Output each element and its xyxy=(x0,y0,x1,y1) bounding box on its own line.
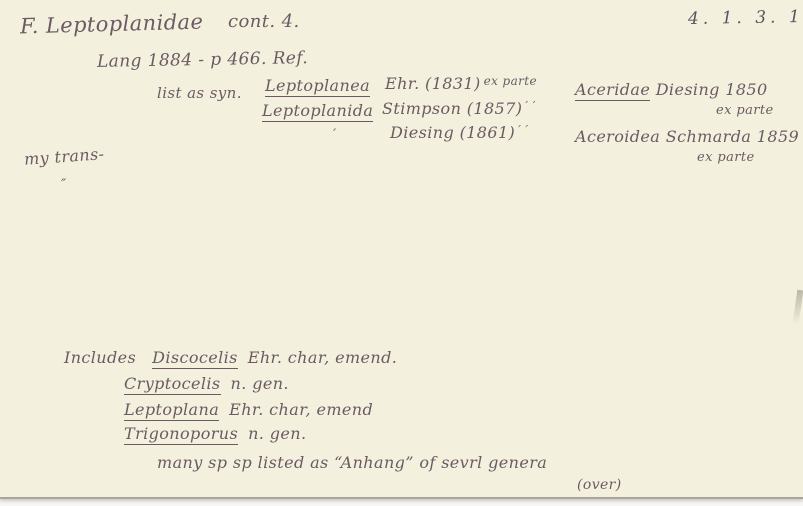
synonym-author: Diesing (1861)′ ′ xyxy=(390,123,529,142)
continuation-note: cont. 4. xyxy=(228,11,300,32)
includes-line: Cryptocelisn. gen. xyxy=(124,374,289,393)
ex-parte-note: ex parte xyxy=(484,74,537,88)
genus-detail: n. gen. xyxy=(248,424,306,443)
synonym-right-row: Aceridae Diesing 1850 xyxy=(575,80,768,99)
genus-detail: n. gen. xyxy=(231,374,289,393)
synonym-right-row: Aceroidea Schmarda 1859 xyxy=(575,127,799,146)
ditto-note: ′ ′ xyxy=(518,123,528,137)
ex-parte-note: ex parte xyxy=(697,150,755,165)
synonym-name: Leptoplanida xyxy=(262,101,373,122)
includes-line: IncludesDiscocelisEhr. char, emend. xyxy=(64,348,397,367)
genus-detail: Ehr. char, emend. xyxy=(248,348,397,367)
includes-label: Includes xyxy=(64,348,136,367)
author-text: Diesing (1861) xyxy=(390,123,515,142)
includes-line: Trigonoporusn. gen. xyxy=(124,424,306,443)
genus-name: Leptoplana xyxy=(124,400,219,421)
reference-line: Lang 1884 - p 466. Ref. xyxy=(97,48,308,72)
includes-line: many sp sp listed as “Anhang” of sevrl g… xyxy=(157,453,547,472)
author-text: Diesing 1850 xyxy=(656,80,768,99)
genus-detail: many sp sp listed as “Anhang” of sevrl g… xyxy=(157,453,547,472)
author-text: Ehr. (1831) xyxy=(385,74,481,93)
synonym-name: Leptoplanea xyxy=(265,76,370,97)
index-card: 4. 1. 3. 1 F. Leptoplanidae cont. 4. Lan… xyxy=(0,0,803,499)
author-text: Stimpson (1857) xyxy=(382,99,522,118)
scanned-page: 4. 1. 3. 1 F. Leptoplanidae cont. 4. Lan… xyxy=(0,0,803,506)
over-note: (over) xyxy=(577,477,622,493)
margin-note: my trans- xyxy=(23,144,105,169)
genus-name: Discocelis xyxy=(152,348,238,369)
genus-name: Cryptocelis xyxy=(124,374,221,395)
author-text: Schmarda 1859 xyxy=(666,127,799,146)
ex-parte-note: ex parte xyxy=(716,103,774,118)
ditto-note: ′ ′ xyxy=(525,99,535,113)
includes-line: LeptoplanaEhr. char, emend xyxy=(124,400,373,419)
synonym-author: Ehr. (1831)ex parte xyxy=(385,74,537,93)
family-name: Aceroidea xyxy=(575,127,660,146)
family-title: F. Leptoplanidae xyxy=(20,10,204,39)
genus-name: Trigonoporus xyxy=(124,424,238,445)
genus-detail: Ehr. char, emend xyxy=(229,400,373,419)
margin-ditto-mark: ″ xyxy=(61,177,67,193)
card-edge-tear xyxy=(793,290,803,325)
synonym-label: list as syn. xyxy=(157,84,242,102)
family-name: Aceridae xyxy=(575,80,650,101)
synonym-author: Stimpson (1857)′ ′ xyxy=(382,99,536,118)
catalog-number: 4. 1. 3. 1 xyxy=(688,7,803,29)
ditto-mark: ′ xyxy=(333,127,337,143)
